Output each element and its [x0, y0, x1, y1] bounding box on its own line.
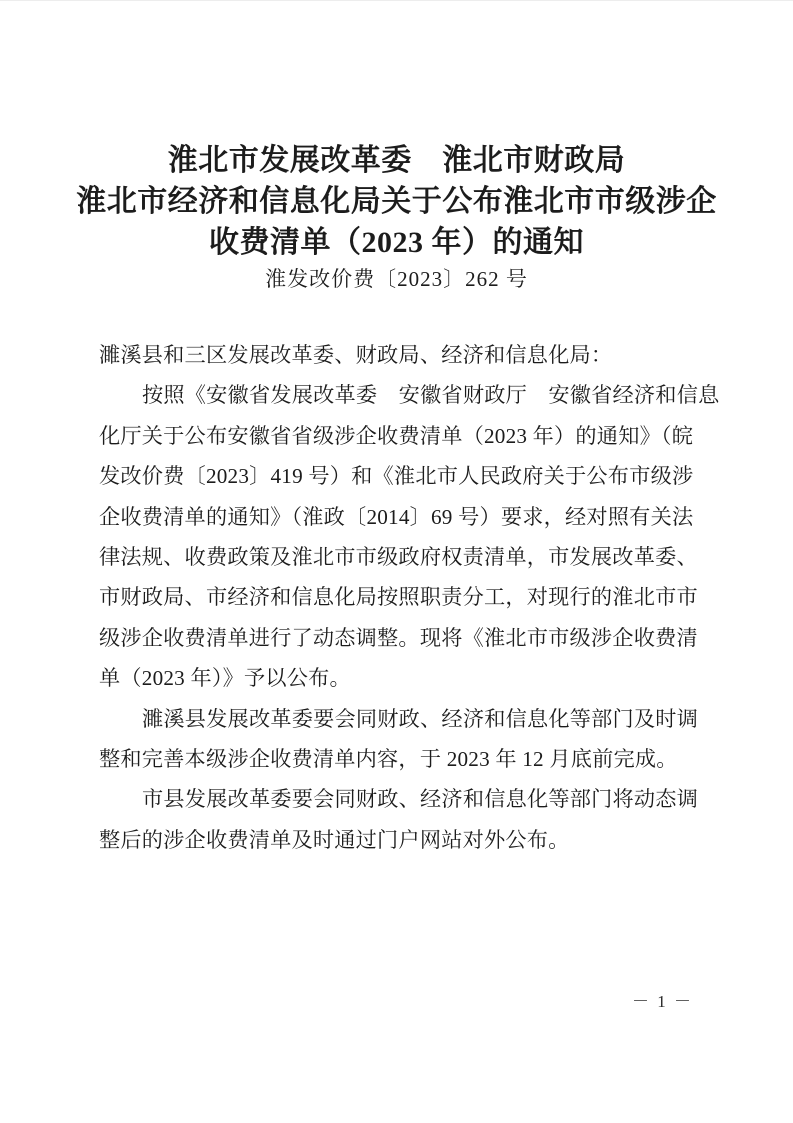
body-text-line: 濉溪县发展改革委要会同财政、经济和信息化等部门及时调: [99, 699, 699, 739]
body-text-line: 律法规、收费政策及淮北市市级政府权责清单，市发展改革委、: [99, 537, 699, 577]
body-text-line: 化厅关于公布安徽省省级涉企收费清单（2023 年）的通知》（皖: [99, 416, 699, 456]
document-title: 淮北市发展改革委 淮北市财政局 淮北市经济和信息化局关于公布淮北市市级涉企 收费…: [0, 140, 793, 263]
body-text-line: 整和完善本级涉企收费清单内容，于 2023 年 12 月底前完成。: [99, 739, 699, 779]
body-text-line: 市县发展改革委要会同财政、经济和信息化等部门将动态调: [99, 779, 699, 819]
document-page: 淮北市发展改革委 淮北市财政局 淮北市经济和信息化局关于公布淮北市市级涉企 收费…: [0, 0, 793, 1123]
body-text-line: 单（2023 年）》予以公布。: [99, 658, 699, 698]
document-title-line-3: 收费清单（2023 年）的通知: [0, 222, 793, 263]
body-text-line: 按照《安徽省发展改革委 安徽省财政厅 安徽省经济和信息: [99, 375, 699, 415]
body-text-line: 企收费清单的通知》（淮政〔2014〕69 号）要求，经对照有关法: [99, 497, 699, 537]
document-title-line-2: 淮北市经济和信息化局关于公布淮北市市级涉企: [0, 181, 793, 222]
document-number: 淮发改价费〔2023〕262 号: [0, 266, 793, 292]
document-header: 淮北市发展改革委 淮北市财政局 淮北市经济和信息化局关于公布淮北市市级涉企 收费…: [0, 140, 793, 292]
page-number: － 1 －: [632, 990, 693, 1014]
body-text-line: 发改价费〔2023〕419 号）和《淮北市人民政府关于公布市级涉: [99, 456, 699, 496]
body-text-line: 濉溪县和三区发展改革委、财政局、经济和信息化局：: [99, 335, 699, 375]
document-title-line-1: 淮北市发展改革委 淮北市财政局: [0, 140, 793, 181]
body-text-line: 市财政局、市经济和信息化局按照职责分工，对现行的淮北市市: [99, 577, 699, 617]
body-text-line: 整后的涉企收费清单及时通过门户网站对外公布。: [99, 820, 699, 860]
document-body: 濉溪县和三区发展改革委、财政局、经济和信息化局：按照《安徽省发展改革委 安徽省财…: [99, 335, 699, 860]
body-text-line: 级涉企收费清单进行了动态调整。现将《淮北市市级涉企收费清: [99, 618, 699, 658]
